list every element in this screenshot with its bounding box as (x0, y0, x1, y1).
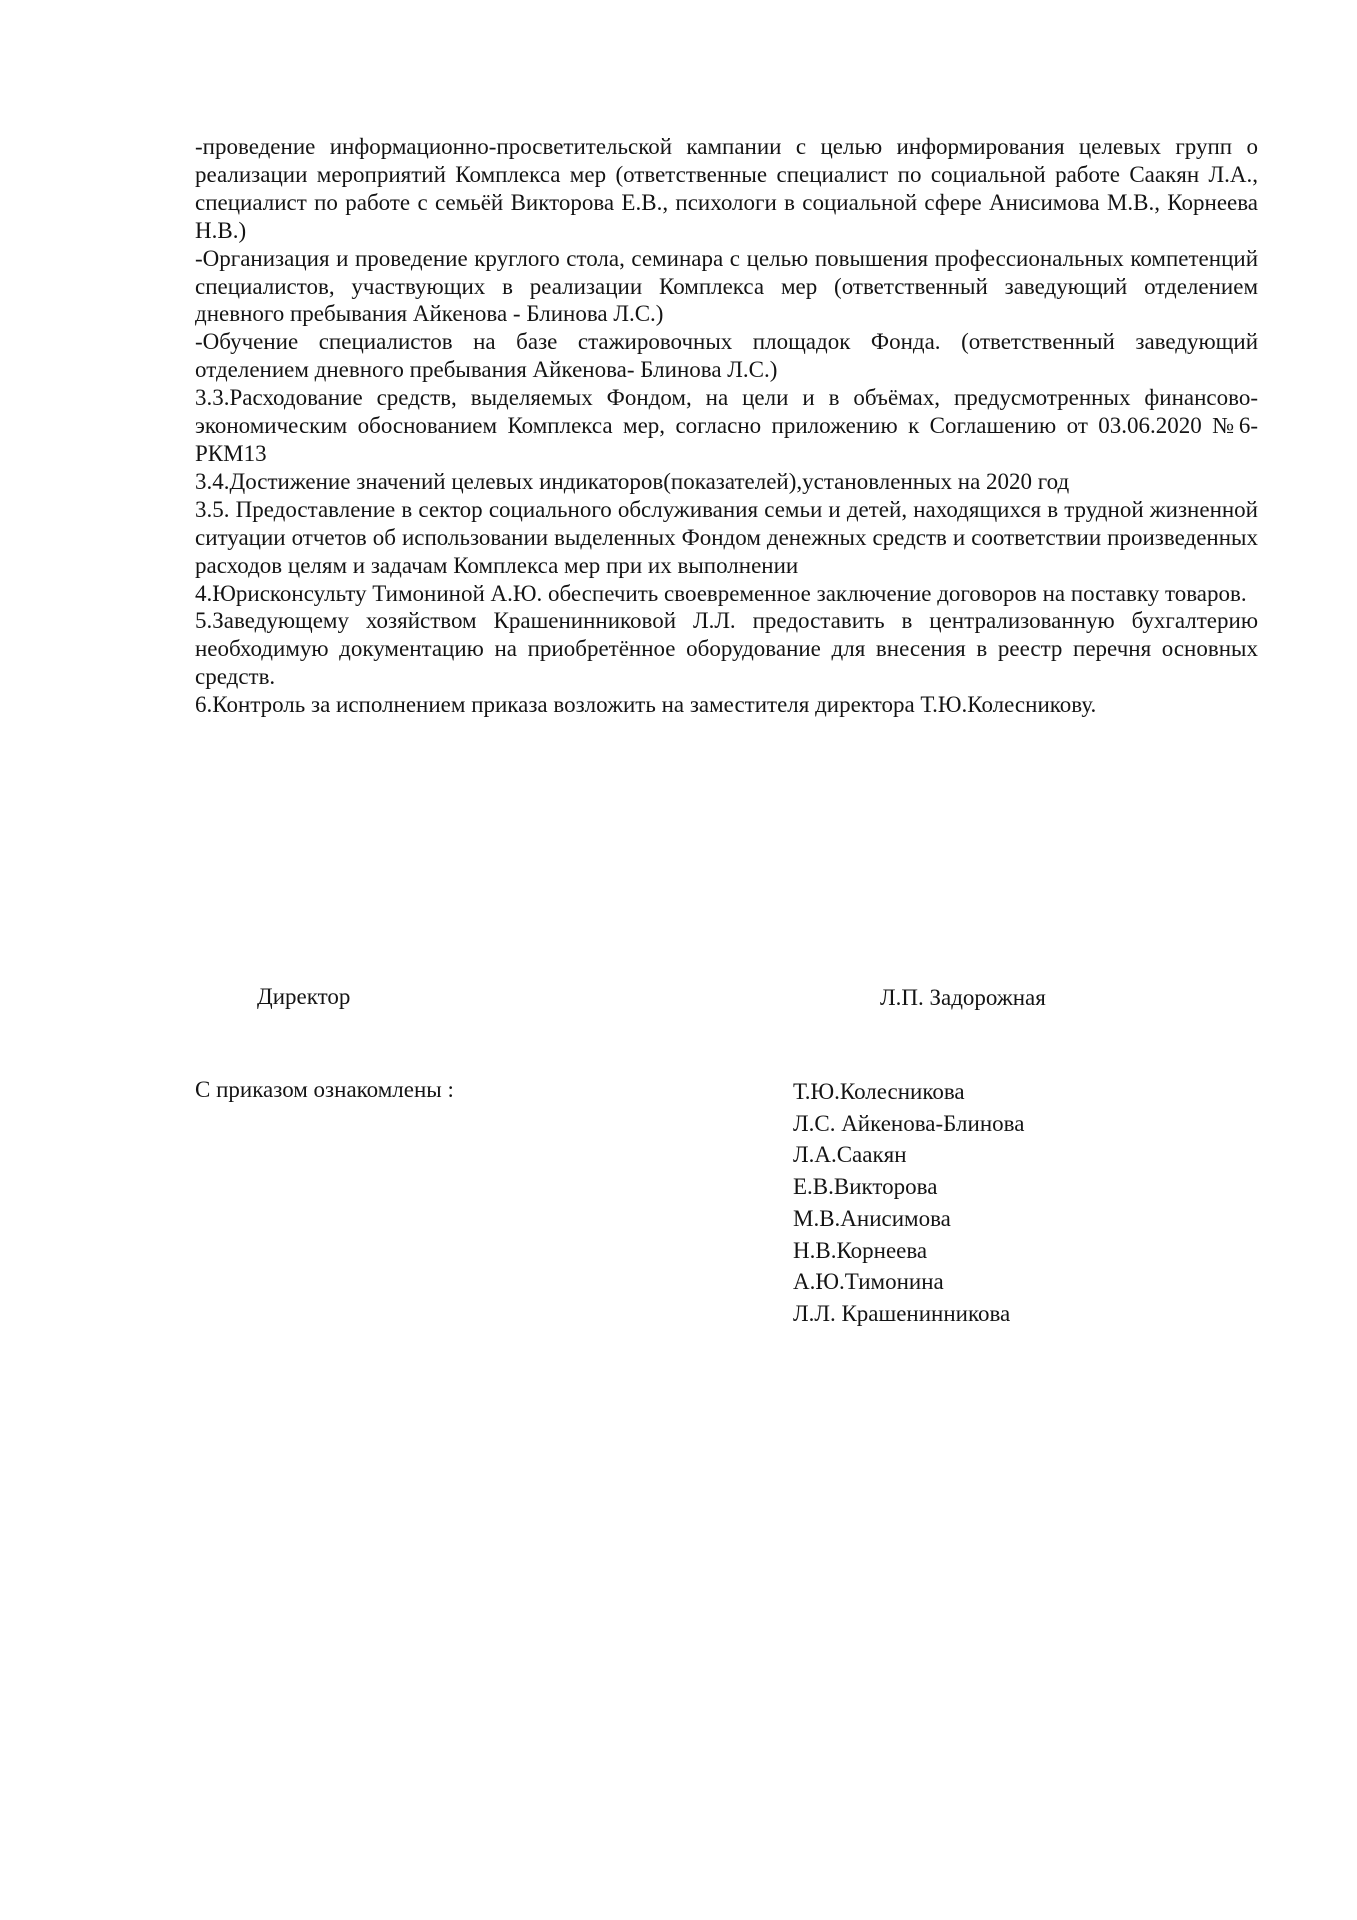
order-body: -проведение информационно-просветительск… (195, 133, 1258, 719)
document-page: -проведение информационно-просветительск… (0, 0, 1357, 1920)
paragraph-6-control: 6.Контроль за исполнением приказа возлож… (195, 691, 1258, 719)
paragraph-3-5-reports: 3.5. Предоставление в сектор социального… (195, 496, 1258, 580)
paragraph-5-housekeeping: 5.Заведующему хозяйством Крашенинниковой… (195, 607, 1258, 691)
acknowledged-person: Л.А.Саакян (793, 1139, 1024, 1171)
signature-name: Л.П. Задорожная (880, 984, 1046, 1012)
acknowledgement-list: Т.Ю.Колесникова Л.С. Айкенова-Блинова Л.… (793, 1076, 1024, 1330)
paragraph-3-3-spending: 3.3.Расходование средств, выделяемых Фон… (195, 384, 1258, 468)
acknowledged-person: А.Ю.Тимонина (793, 1266, 1024, 1298)
acknowledgement-label: С приказом ознакомлены : (195, 1076, 454, 1104)
acknowledged-person: Т.Ю.Колесникова (793, 1076, 1024, 1108)
paragraph-info-campaign: -проведение информационно-просветительск… (195, 133, 1258, 245)
acknowledged-person: М.В.Анисимова (793, 1203, 1024, 1235)
signature-title: Директор (257, 983, 350, 1011)
paragraph-training: -Обучение специалистов на базе стажирово… (195, 328, 1258, 384)
acknowledged-person: Л.С. Айкенова-Блинова (793, 1108, 1024, 1140)
acknowledged-person: Е.В.Викторова (793, 1171, 1024, 1203)
acknowledged-person: Н.В.Корнеева (793, 1235, 1024, 1267)
paragraph-round-table: -Организация и проведение круглого стола… (195, 245, 1258, 329)
paragraph-4-legal-advisor: 4.Юрисконсульту Тимониной А.Ю. обеспечит… (195, 580, 1258, 608)
acknowledged-person: Л.Л. Крашенинникова (793, 1298, 1024, 1330)
paragraph-3-4-indicators: 3.4.Достижение значений целевых индикато… (195, 468, 1258, 496)
